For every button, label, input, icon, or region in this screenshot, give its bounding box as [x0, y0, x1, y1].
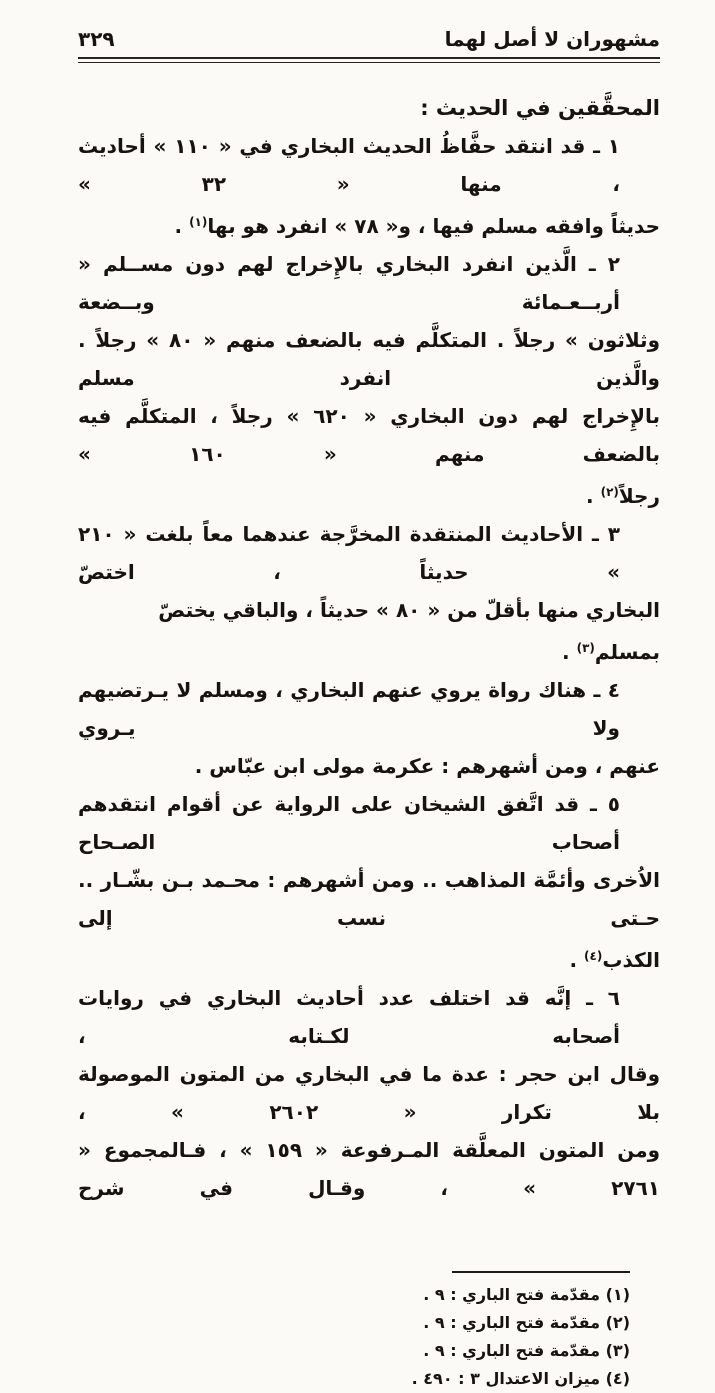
body-text: ١ ـ قد انتقد حفَّاظُ الحديث البخاري في «…: [78, 127, 660, 1045]
body-line: ٦ ـ إنَّه قد اختلف عدد أحاديث البخاري في…: [78, 979, 660, 1045]
header-double-rule: [78, 57, 660, 63]
footnote-ref: (٤): [584, 949, 602, 963]
footnote-ref: (٣): [577, 641, 595, 655]
paragraph: ٦ ـ إنَّه قد اختلف عدد أحاديث البخاري في…: [78, 979, 660, 1045]
body-line: الكذب(٤) .: [78, 937, 660, 979]
body-line: حديثاً وافقه مسلم فيها ، و« ٧٨ » انفرد ه…: [78, 203, 660, 245]
body-line: ١ ـ قد انتقد حفَّاظُ الحديث البخاري في «…: [78, 127, 660, 203]
paragraph: ٣ ـ الأحاديث المنتقدة المخرَّجة عندهما م…: [78, 515, 660, 671]
footnote-ref: (١): [189, 215, 207, 229]
page-header: مشهوران لا أصل لهما ٣٢٩: [78, 26, 660, 52]
body-line: الاُخرى وأئمَّة المذاهب .. ومن أشهرهم : …: [78, 861, 660, 937]
body-line: بالإِخراج لهم دون البخاري « ٦٢٠ » رجلاً …: [78, 397, 660, 473]
body-line: ٤ ـ هناك رواة يروي عنهم البخاري ، ومسلم …: [78, 671, 660, 747]
paragraph: ١ ـ قد انتقد حفَّاظُ الحديث البخاري في «…: [78, 127, 660, 245]
section-heading: المحقَّقين في الحديث :: [78, 89, 660, 127]
body-line: ٥ ـ قد اتَّفق الشيخان على الرواية عن أقو…: [78, 785, 660, 861]
body-line: ٣ ـ الأحاديث المنتقدة المخرَّجة عندهما م…: [78, 515, 660, 591]
body-line: البخاري منها بأقلّ من « ٨٠ » حديثاً ، وا…: [78, 591, 660, 671]
page-number: ٣٢٩: [78, 26, 115, 52]
running-head-title: مشهوران لا أصل لهما: [445, 26, 660, 52]
body-line: ٢ ـ الَّذين انفرد البخاري بالإِخراج لهم …: [78, 245, 660, 321]
body-line: وثلاثون » رجلاً . المتكلَّم فيه بالضعف م…: [78, 321, 660, 397]
footnote-ref: (٢): [601, 485, 619, 499]
book-page: مشهوران لا أصل لهما ٣٢٩ المحقَّقين في ال…: [0, 0, 715, 1045]
paragraph: ٤ ـ هناك رواة يروي عنهم البخاري ، ومسلم …: [78, 671, 660, 785]
body-line: عنهم ، ومن أشهرهم : عكرمة مولى ابن عبّاس…: [78, 747, 660, 785]
paragraph: ٢ ـ الَّذين انفرد البخاري بالإِخراج لهم …: [78, 245, 660, 515]
body-line: رجلاً(٢) .: [78, 473, 660, 515]
paragraph: ٥ ـ قد اتَّفق الشيخان على الرواية عن أقو…: [78, 785, 660, 979]
